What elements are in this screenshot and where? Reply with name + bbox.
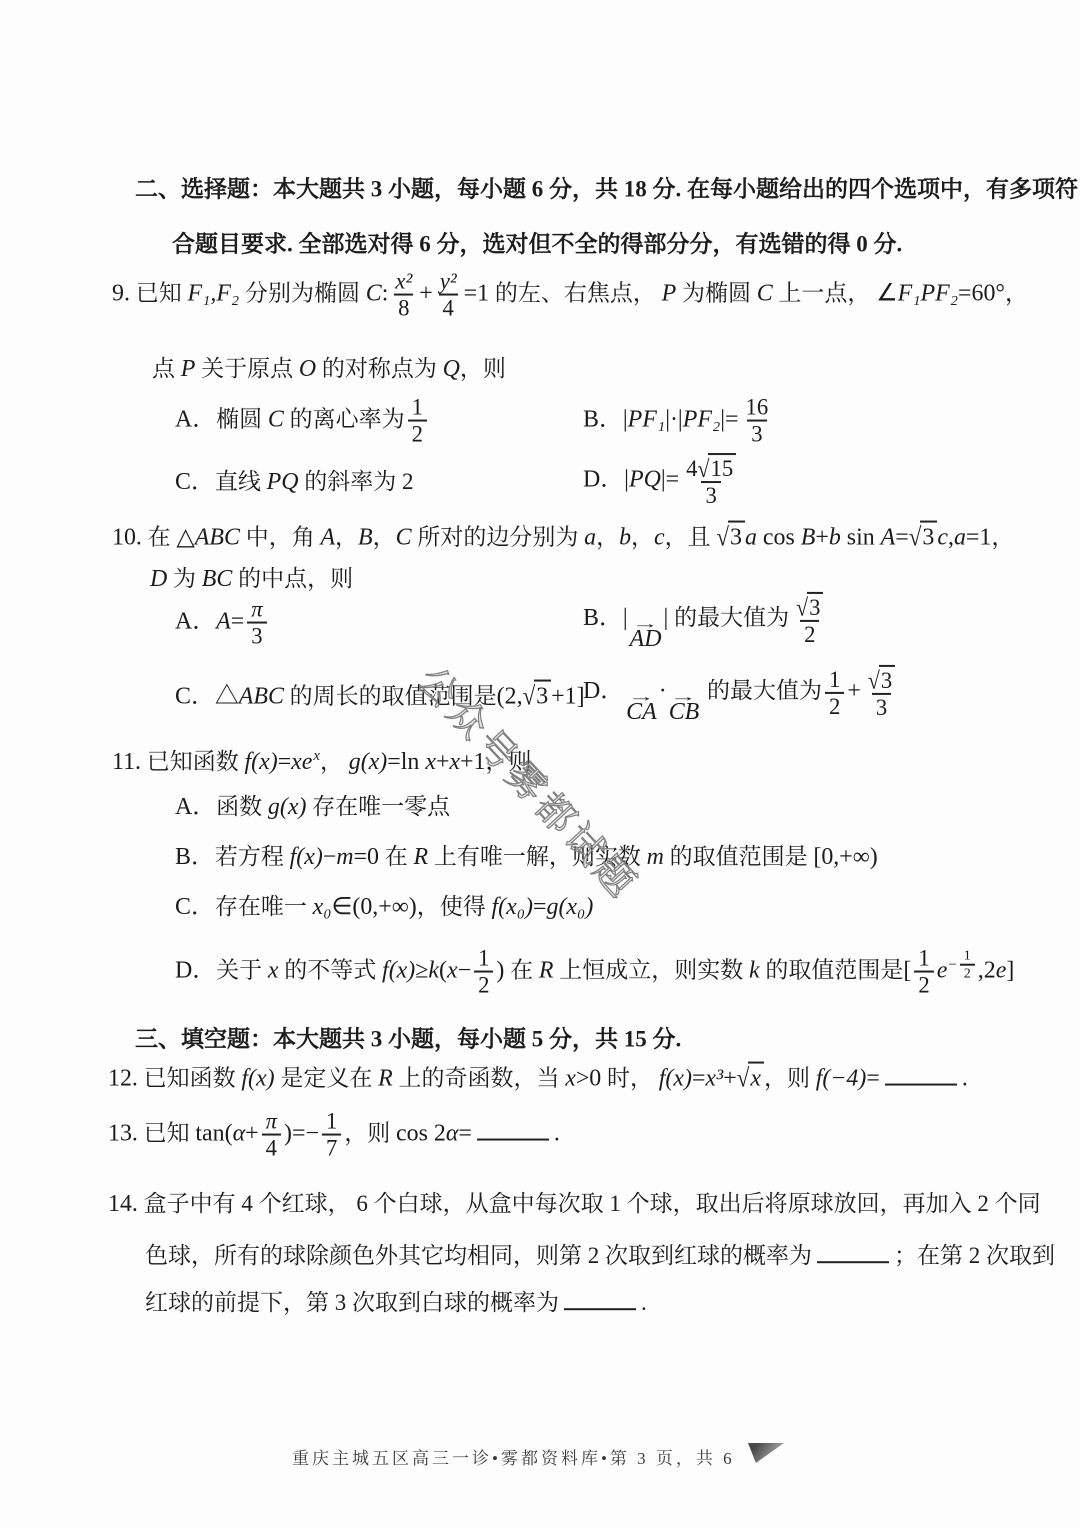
fraction: 12 <box>914 946 933 999</box>
fraction: 17 <box>322 1109 341 1162</box>
math-run: A． <box>175 794 216 820</box>
math-run: = <box>458 1120 471 1146</box>
text-run: 在 <box>504 957 539 982</box>
text-run: 已知 <box>130 280 188 305</box>
question-12: 12. 已知函数 f(x) 是定义在 R 上的奇函数，当 x>0 时， f(x)… <box>108 1062 968 1095</box>
math-run: 1 <box>964 947 971 963</box>
math-run: g(x) <box>349 749 388 775</box>
math-run: 3 <box>251 624 262 649</box>
fraction: √33 <box>864 665 899 721</box>
numerator: √3 <box>792 592 827 620</box>
radicand: 3 <box>728 521 745 554</box>
math-run: − <box>323 844 336 870</box>
text-run: 的周长的取值范围是 <box>284 684 497 709</box>
denominator: 3 <box>701 482 720 509</box>
math-run: (2, <box>497 684 523 710</box>
vector: →AD <box>630 617 662 652</box>
radicand: x <box>748 1062 764 1095</box>
math-run: +1] <box>551 684 584 710</box>
fraction: y²4 <box>436 269 461 322</box>
exam-page: 二、选择题：本大题共 3 小题，每小题 6 分，共 18 分. 在每小题给出的四… <box>0 0 1080 1527</box>
numerator: y² <box>436 269 461 294</box>
vector: →CA <box>626 690 657 725</box>
text-run: ，且 <box>665 525 717 550</box>
math-run: e <box>937 957 948 983</box>
text-run: 上一点， <box>773 280 877 305</box>
scripted-expression: xex <box>291 748 320 778</box>
math-run: + <box>245 1120 258 1146</box>
math-run: x₀ <box>313 894 332 920</box>
text-run: ，则 <box>485 749 531 774</box>
numerator: 1 <box>914 946 933 971</box>
math-run: =1 <box>966 525 991 551</box>
math-run: B <box>358 525 373 551</box>
math-run: |·| <box>665 406 683 432</box>
question-10-line2: D 为 BC 的中点，则 <box>150 565 353 595</box>
script-base: xe <box>291 749 312 774</box>
math-run: 15 <box>710 456 733 481</box>
text-run: 时， <box>601 1066 659 1091</box>
math-run: m <box>647 844 664 870</box>
denominator: 2 <box>825 692 844 719</box>
text-run: 存在唯一 <box>215 894 313 919</box>
math-run: xe <box>291 749 312 775</box>
math-run: ,2 <box>978 957 996 983</box>
math-run: x <box>449 749 460 775</box>
math-run: f(−4) <box>816 1066 867 1092</box>
text-run: 已知函数 <box>141 749 245 774</box>
math-run: f(x) <box>290 844 323 870</box>
text-run: 的取值范围是 <box>760 957 904 982</box>
text-run: 关于原点 <box>195 356 299 381</box>
math-run: c <box>937 525 948 551</box>
vector-arrow-icon: → <box>670 690 697 701</box>
numerator: 1 <box>825 666 844 691</box>
math-run: △ <box>215 684 239 710</box>
math-run: B． <box>583 605 623 631</box>
radical-sign: √ <box>796 594 808 621</box>
question-9-option-D: D．|PQ|=4√153 <box>583 453 743 509</box>
math-run: 2 <box>804 622 815 647</box>
math-run: 2 <box>829 694 840 719</box>
math-run: 3 <box>922 525 934 551</box>
fraction: 4√153 <box>682 453 740 509</box>
math-run: m <box>336 844 353 870</box>
math-run: 2 <box>964 966 971 982</box>
radicand: 3 <box>920 521 937 554</box>
denominator: 2 <box>960 964 975 983</box>
math-run: 1 <box>326 1109 337 1134</box>
numerator: 1 <box>408 395 427 420</box>
text-run: ， <box>335 525 358 550</box>
math-run: A． <box>175 608 216 634</box>
math-run: 1 <box>829 666 840 691</box>
math-run: 3 <box>751 422 762 447</box>
vector-name: AD <box>630 628 662 652</box>
math-run: C． <box>175 684 215 710</box>
text-run: 若方程 <box>215 844 290 869</box>
vector: →CB <box>669 690 700 725</box>
math-run: |= <box>720 406 738 432</box>
math-run: Q <box>443 356 460 382</box>
text-run: ；在第 2 次取到 <box>894 1243 1055 1268</box>
math-run: x² <box>395 269 412 294</box>
math-run: 4 <box>686 456 697 481</box>
math-run: PQ <box>267 469 299 495</box>
page-footer: 重庆主城五区高三一诊•雾都资料库•第 3 页，共 6 <box>292 1444 735 1469</box>
math-run: x³ <box>705 1066 723 1092</box>
text-run: ，使得 <box>417 894 492 919</box>
radical: √3 <box>909 525 938 550</box>
text-run: ，则 <box>764 1066 816 1091</box>
answer-blank <box>885 1062 957 1086</box>
math-run: 11. <box>112 749 141 775</box>
math-run: C． <box>175 894 215 920</box>
question-13: 13. 已知 tan(α+π4)=−17，则 cos 2α=. <box>108 1109 560 1162</box>
math-run: O <box>299 356 316 382</box>
math-run: D． <box>583 678 624 704</box>
math-run: x <box>268 957 279 983</box>
radical: √3 <box>868 669 895 693</box>
radical-sign: √ <box>716 522 729 554</box>
math-run: g(x) <box>268 794 307 820</box>
math-run: 3 <box>730 525 742 551</box>
math-run: 3 <box>876 695 887 720</box>
question-9-option-C: C．直线 PQ 的斜率为 2 <box>175 468 413 498</box>
math-run: tan( <box>195 1120 232 1146</box>
fraction: √32 <box>792 592 827 648</box>
math-run: >0 <box>576 1066 601 1092</box>
math-run: B． <box>175 844 215 870</box>
text-run: 三、填空题：本大题共 3 小题，每小题 5 分，共 15 分. <box>135 1027 681 1052</box>
radical-sign: √ <box>868 667 880 694</box>
math-run: C <box>268 406 284 432</box>
denominator: 3 <box>872 693 891 720</box>
radicand: 3 <box>534 680 551 713</box>
radicand: 15 <box>708 453 736 481</box>
math-run: A <box>881 525 896 551</box>
question-9-option-B: B．|PF₁|·|PF₂|=163 <box>583 395 775 448</box>
text-run: 为 <box>167 566 202 591</box>
math-run: ≥ <box>415 957 428 983</box>
denominator: 7 <box>322 1134 341 1161</box>
text-run: ，则 <box>344 1120 396 1145</box>
math-run: 1 <box>918 946 929 971</box>
radical: √15 <box>697 457 736 481</box>
math-run: c <box>654 525 665 551</box>
math-run: 3 <box>705 484 716 509</box>
question-14-line2: 色球，所有的球除颜色外其它均相同，则第 2 次取到红球的概率为；在第 2 次取到 <box>145 1239 1055 1271</box>
vector-name: CB <box>669 701 700 725</box>
math-run: 3 <box>881 668 892 693</box>
denominator: 4 <box>262 1134 281 1161</box>
math-run: e <box>996 957 1007 983</box>
denominator: 2 <box>474 971 493 998</box>
math-run: ABC <box>239 684 284 710</box>
text-run: 的对称点为 <box>316 356 443 381</box>
radical-sign: √ <box>909 522 922 554</box>
text-run: 色球，所有的球除颜色外其它均相同，则第 2 次取到红球的概率为 <box>145 1243 812 1268</box>
text-run: 上恒成立，则实数 <box>554 957 750 982</box>
math-run: [ <box>903 957 911 983</box>
numerator: x² <box>391 269 416 294</box>
math-run: sin <box>841 525 881 551</box>
text-run: 分别为椭圆 <box>239 280 366 305</box>
math-run: 13. <box>108 1120 138 1146</box>
math-run: k <box>749 957 760 983</box>
text-run: 的左、右焦点， <box>489 280 662 305</box>
fraction: 163 <box>742 395 773 448</box>
question-14-line1: 14. 盒子中有 4 个红球， 6 个白球，从盒中每次取 1 个球，取出后将原球… <box>108 1190 1041 1220</box>
math-run: D． <box>583 466 624 492</box>
text-run: 为椭圆 <box>676 280 757 305</box>
math-run: = <box>533 894 546 920</box>
radical: √3 <box>716 525 745 550</box>
answer-blank <box>477 1116 549 1140</box>
math-run: f(x) <box>382 957 415 983</box>
denominator: 2 <box>408 420 427 447</box>
math-run: − <box>458 957 471 983</box>
math-run: R <box>413 844 428 870</box>
math-run: R <box>378 1066 393 1092</box>
math-run: = <box>231 608 244 634</box>
math-run: = <box>866 1066 879 1092</box>
math-run: f(x₀) <box>492 894 534 920</box>
question-11-option-D: D．关于 x 的不等式 f(x)≥k(x−12) 在 R 上恒成立，则实数 k … <box>175 946 1014 999</box>
text-run: 关于 <box>216 957 268 982</box>
text-run: ，则 <box>460 356 506 381</box>
denominator: 3 <box>247 622 266 649</box>
math-run: g(x₀) <box>546 894 593 920</box>
math-run: +1 <box>460 749 485 775</box>
fraction: π4 <box>262 1109 281 1162</box>
denominator: 2 <box>800 620 819 647</box>
math-run: + <box>723 1066 736 1092</box>
numerator: π <box>247 597 266 622</box>
question-10-line1: 10. 在 △ABC 中，角 A，B，C 所对的边分别为 a，b，c，且 √3a… <box>112 521 1014 554</box>
superscript: −12 <box>948 947 977 983</box>
math-run: . <box>962 1066 968 1092</box>
fraction: π3 <box>247 597 266 650</box>
question-11-option-A: A．函数 g(x) 存在唯一零点 <box>175 793 450 823</box>
text-run: ， <box>1005 280 1028 305</box>
math-run: C． <box>175 469 215 495</box>
math-run: a <box>954 525 966 551</box>
math-run: △ <box>176 525 194 551</box>
math-run: f(x) <box>241 1066 274 1092</box>
script-base: e <box>937 957 948 982</box>
math-run: + <box>847 678 860 704</box>
denominator: 4 <box>439 294 458 321</box>
math-run: x <box>565 1066 576 1092</box>
math-run: x <box>313 748 320 764</box>
radical-sign: √ <box>697 456 709 483</box>
numerator: 16 <box>742 395 773 420</box>
math-run: A <box>216 608 231 634</box>
math-run: 2 <box>918 973 929 998</box>
math-run: ( <box>439 957 447 983</box>
text-run: 所对的边分别为 <box>412 525 585 550</box>
text-run: ， <box>373 525 396 550</box>
math-run: cos <box>757 525 801 551</box>
math-run: = <box>278 749 291 775</box>
math-run: 4 <box>266 1136 277 1161</box>
numerator: √3 <box>864 665 899 693</box>
radical: √3 <box>796 596 823 620</box>
section3-heading: 三、填空题：本大题共 3 小题，每小题 5 分，共 15 分. <box>135 1026 681 1055</box>
math-run: x <box>750 1066 761 1092</box>
math-run: F₁,F₂ <box>187 280 239 306</box>
math-run: α <box>446 1120 459 1146</box>
question-11-option-C: C．存在唯一 x₀∈(0,+∞)，使得 f(x₀)=g(x₀) <box>175 893 593 923</box>
math-run: 8 <box>398 296 409 321</box>
math-run: = <box>692 1066 705 1092</box>
text-run: 函数 <box>216 794 268 819</box>
radical: √x <box>737 1066 764 1091</box>
math-run: π <box>251 597 262 622</box>
text-run: 直线 <box>215 469 267 494</box>
text-run: 已知函数 <box>138 1066 242 1091</box>
text-run: 的离心率为 <box>284 406 405 431</box>
radicand: 3 <box>807 592 823 620</box>
math-run: |= <box>661 466 679 492</box>
vector-arrow-icon: → <box>628 690 655 701</box>
math-run: PF₂ <box>683 406 721 432</box>
radicand: 3 <box>879 665 895 693</box>
radical: √3 <box>523 684 552 709</box>
math-run: 1 <box>478 946 489 971</box>
math-run: + <box>815 525 828 551</box>
page-curl-icon <box>748 1443 784 1463</box>
math-run: B <box>801 525 816 551</box>
math-run: 12. <box>108 1066 138 1092</box>
answer-blank <box>564 1286 636 1310</box>
numerator: 1 <box>474 946 493 971</box>
math-run: a <box>584 525 596 551</box>
question-10-option-C: C．△ABC 的周长的取值范围是(2,√3+1] <box>175 680 585 713</box>
math-run: a <box>745 525 757 551</box>
math-run: =0 <box>354 844 379 870</box>
text-run: 椭圆 <box>216 406 268 431</box>
question-10-option-A: A．A=π3 <box>175 597 270 650</box>
math-run: D <box>150 566 167 592</box>
question-11-option-B: B．若方程 f(x)−m=0 在 R 上有唯一解，则实数 m 的取值范围是 [0… <box>175 843 878 873</box>
radical-sign: √ <box>737 1063 750 1095</box>
fraction: 12 <box>960 947 975 983</box>
math-run: 16 <box>746 395 769 420</box>
math-run: k <box>428 957 439 983</box>
math-run: ABC <box>195 525 240 551</box>
text-run: 在 <box>142 525 177 550</box>
question-11-line1: 11. 已知函数 f(x)=xex， g(x)=ln x+x+1，则 <box>112 748 531 778</box>
math-run: =ln <box>387 749 425 775</box>
text-run: 二、选择题：本大题共 3 小题，每小题 6 分，共 18 分. 在每小题给出的四… <box>135 177 1078 202</box>
math-run: · <box>659 678 667 704</box>
question-10-option-D: D．→CA·→CB 的最大值为12+√33 <box>583 665 902 725</box>
math-run: + <box>419 280 432 306</box>
text-run: 点 <box>152 356 181 381</box>
text-run: 上有唯一解，则实数 <box>428 844 647 869</box>
math-run: π <box>266 1109 277 1134</box>
radical-sign: √ <box>523 681 536 713</box>
question-14-line3: 红球的前提下，第 3 次取到白球的概率为. <box>145 1286 647 1318</box>
math-run: =1 <box>464 280 489 306</box>
math-run: − <box>948 956 956 972</box>
vector-name: CA <box>626 701 657 725</box>
math-run: f(x) <box>245 749 278 775</box>
math-run: 14. <box>108 1191 138 1217</box>
denominator: 8 <box>394 294 413 321</box>
text-run: 已知 <box>138 1120 196 1145</box>
text-run: 的最大值为 <box>701 678 822 703</box>
section2-heading-line2: 合题目要求. 全部选对得 6 分，选对但不全的得部分分，有选错的得 0 分. <box>172 231 902 260</box>
denominator: 2 <box>914 971 933 998</box>
question-9-line1: 9. 已知 F₁,F₂ 分别为椭圆 C:x²8+y²4=1 的左、右焦点， P … <box>112 269 1028 322</box>
math-run: | <box>623 605 628 631</box>
math-run: A． <box>175 406 216 432</box>
math-run: α <box>233 1120 246 1146</box>
text-run: ， <box>596 525 619 550</box>
math-run: F₁PF₂ <box>898 280 958 306</box>
numerator: 1 <box>960 947 975 964</box>
math-run: f(x) <box>659 1066 692 1092</box>
math-run: P <box>662 280 677 306</box>
fraction: 12 <box>825 666 844 719</box>
text-run: ， <box>631 525 654 550</box>
math-run: =60° <box>958 280 1005 306</box>
denominator: 3 <box>747 420 766 447</box>
text-run: 中，角 <box>240 525 321 550</box>
math-run: 9. <box>112 280 130 306</box>
math-run: b <box>829 525 841 551</box>
text-run: 的中点，则 <box>232 566 353 591</box>
math-run: 3 <box>536 684 548 710</box>
question-9-line2: 点 P 关于原点 O 的对称点为 Q，则 <box>152 355 506 385</box>
math-run: 2 <box>478 973 489 998</box>
text-run: 是定义在 <box>275 1066 379 1091</box>
text-run: 上的奇函数，当 <box>393 1066 566 1091</box>
math-run: = <box>895 525 908 551</box>
math-run: PQ <box>629 466 661 492</box>
math-run: ] <box>1006 957 1014 983</box>
math-run: R <box>539 957 554 983</box>
math-run: 1 <box>412 395 423 420</box>
question-9-option-A: A．椭圆 C 的离心率为12 <box>175 395 430 448</box>
math-run: 3 <box>809 595 820 620</box>
math-run: y² <box>440 269 457 294</box>
math-run: [0,+∞) <box>813 844 877 870</box>
math-run: )=− <box>284 1120 319 1146</box>
text-run: ， <box>991 525 1014 550</box>
text-run: 的最大值为 <box>668 605 789 630</box>
math-run: 7 <box>326 1136 337 1161</box>
math-run: . <box>554 1120 560 1146</box>
math-run: ∠ <box>876 280 897 306</box>
text-run: 红球的前提下，第 3 次取到白球的概率为 <box>145 1290 559 1315</box>
text-run: . <box>641 1290 647 1315</box>
numerator: π <box>262 1109 281 1134</box>
math-run: x <box>447 957 458 983</box>
text-run: 在 <box>379 844 414 869</box>
math-run: P <box>181 356 196 382</box>
math-run: B． <box>583 406 623 432</box>
math-run: 4 <box>443 296 454 321</box>
text-run: 存在唯一零点 <box>306 794 450 819</box>
text-run: 合题目要求. 全部选对得 6 分，选对但不全的得部分分，有选错的得 0 分. <box>172 232 902 257</box>
math-run: x <box>425 749 436 775</box>
text-run: 的斜率为 2 <box>298 469 413 494</box>
numerator: 4√15 <box>682 453 740 481</box>
